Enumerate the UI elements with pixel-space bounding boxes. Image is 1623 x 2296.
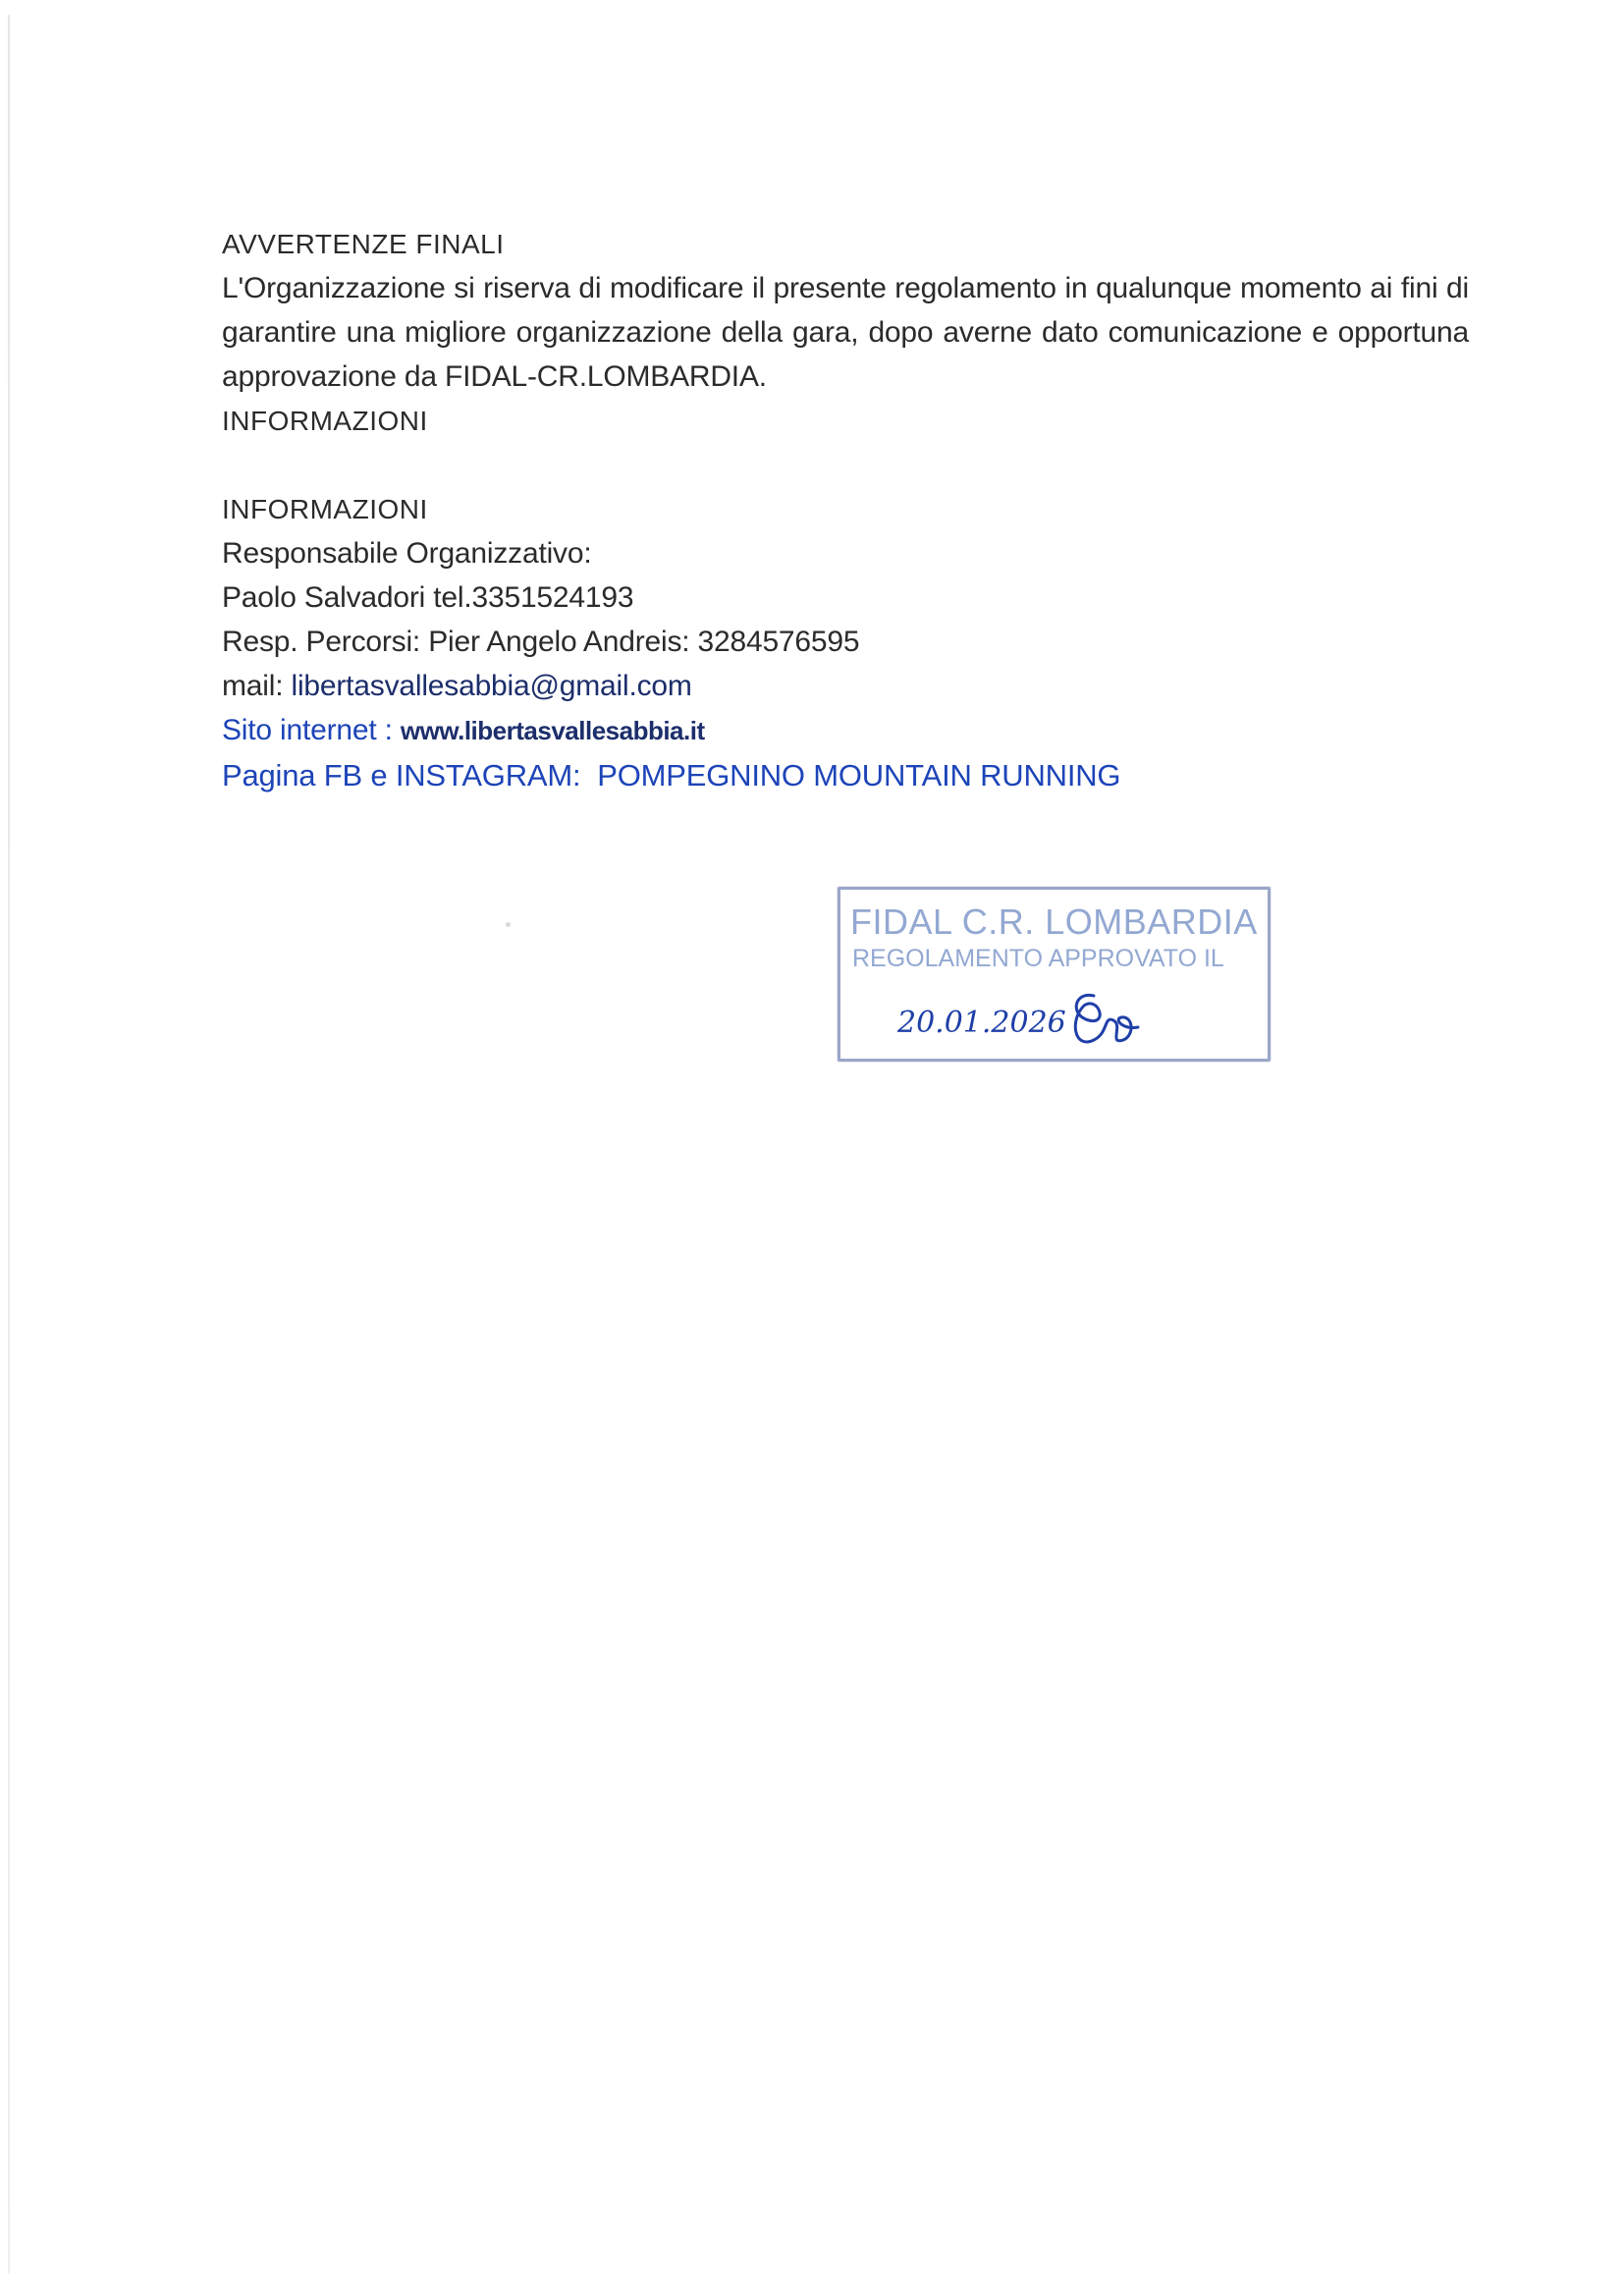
document-body: AVVERTENZE FINALI L'Organizzazione si ri… xyxy=(222,222,1469,797)
info-heading: INFORMAZIONI xyxy=(222,487,1469,531)
routes-contact: Resp. Percorsi: Pier Angelo Andreis: 328… xyxy=(222,620,1469,664)
approval-stamp: FIDAL C.R. LOMBARDIA REGOLAMENTO APPROVA… xyxy=(838,887,1271,1062)
mail-row: mail: libertasvallesabbia@gmail.com xyxy=(222,664,1469,708)
signature-icon xyxy=(1064,986,1143,1055)
website-link[interactable]: www.libertasvallesabbia.it xyxy=(401,716,705,745)
scan-edge-artifact xyxy=(8,15,10,2273)
scan-speck xyxy=(506,922,511,927)
stamp-title: FIDAL C.R. LOMBARDIA xyxy=(850,902,1268,943)
social-value: POMPEGNINO MOUNTAIN RUNNING xyxy=(597,758,1120,793)
social-label: Pagina FB e INSTAGRAM: xyxy=(222,758,580,793)
website-label: Sito internet : xyxy=(222,714,401,746)
final-notes-heading: AVVERTENZE FINALI xyxy=(222,222,1469,266)
stamp-subtitle: REGOLAMENTO APPROVATO IL xyxy=(852,945,1270,973)
mail-label: mail: xyxy=(222,670,291,702)
organizer-contact: Paolo Salvadori tel.3351524193 xyxy=(222,575,1469,620)
stamp-handwritten-date: 20.01.2026 xyxy=(897,1006,1066,1040)
social-row: Pagina FB e INSTAGRAM: POMPEGNINO MOUNTA… xyxy=(222,753,1469,797)
organizer-label: Responsabile Organizzativo: xyxy=(222,531,1469,575)
final-notes-paragraph: L'Organizzazione si riserva di modificar… xyxy=(222,266,1469,399)
mail-link[interactable]: libertasvallesabbia@gmail.com xyxy=(291,670,691,702)
website-row: Sito internet : www.libertasvallesabbia.… xyxy=(222,708,1469,753)
info-label: INFORMAZIONI xyxy=(222,399,1469,443)
